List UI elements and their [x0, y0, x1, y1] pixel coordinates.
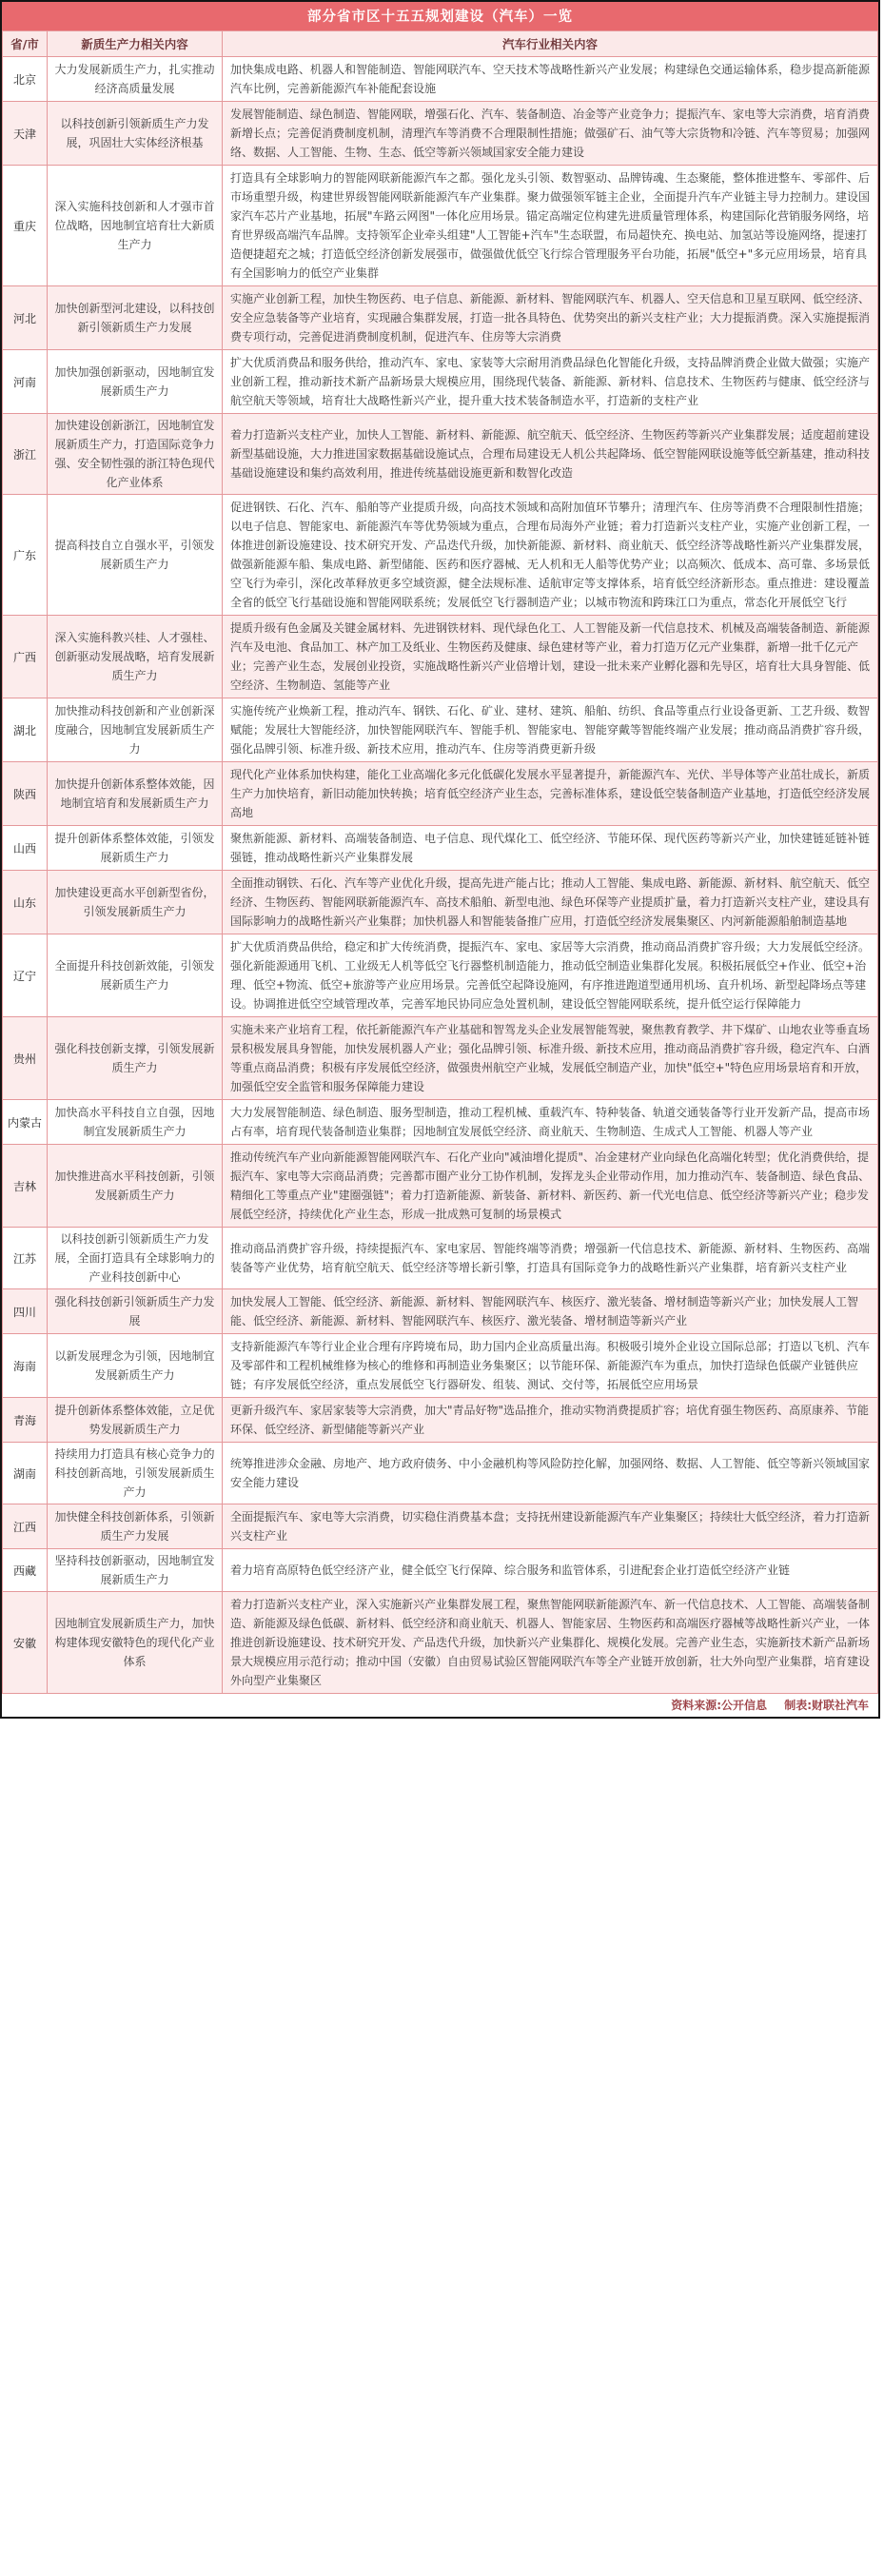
auto-content-cell: 更新升级汽车、家居家装等大宗消费，加大"青品好物"选品推介，推动实物消费提质扩容… [223, 1398, 878, 1443]
auto-content-cell: 推动传统汽车产业向新能源智能网联汽车、石化产业向"减油增化提质"、冶金建材产业向… [223, 1145, 878, 1228]
table-row: 浙江 加快建设创新浙江，因地制宜发展新质生产力，打造国际竞争力强、安全韧性强的浙… [3, 414, 878, 495]
auto-content-cell: 实施未来产业培育工程，依托新能源汽车产业基础和智驾龙头企业发展智能驾驶，聚焦教育… [223, 1017, 878, 1100]
province-cell: 浙江 [3, 414, 48, 495]
province-cell: 四川 [3, 1289, 48, 1334]
province-cell: 西藏 [3, 1549, 48, 1592]
table-row: 贵州 强化科技创新支撑，引领发展新质生产力 实施未来产业培育工程，依托新能源汽车… [3, 1017, 878, 1100]
auto-content-cell: 实施传统产业焕新工程，推动汽车、钢铁、石化、矿业、建材、建筑、船舶、纺织、食品等… [223, 698, 878, 762]
nqpl-content-cell: 持续用力打造具有核心竞争力的科技创新高地，引领发展新质生产力 [48, 1443, 223, 1504]
table-row: 北京 大力发展新质生产力，扎实推动经济高质量发展 加快集成电路、机器人和智能制造… [3, 57, 878, 102]
table-row: 四川 强化科技创新引领新质生产力发展 加快发展人工智能、低空经济、新能源、新材料… [3, 1289, 878, 1334]
auto-content-cell: 统筹推进涉众金融、房地产、地方政府债务、中小金融机构等风险防控化解，加强网络、数… [223, 1443, 878, 1504]
nqpl-content-cell: 坚持科技创新驱动，因地制宜发展新质生产力 [48, 1549, 223, 1592]
province-cell: 海南 [3, 1334, 48, 1398]
nqpl-content-cell: 加快高水平科技自立自强，因地制宜发展新质生产力 [48, 1100, 223, 1145]
nqpl-content-cell: 加快推进高水平科技创新，引领发展新质生产力 [48, 1145, 223, 1228]
nqpl-content-cell: 加快提升创新体系整体效能，因地制宜培育和发展新质生产力 [48, 762, 223, 826]
table-row: 吉林 加快推进高水平科技创新，引领发展新质生产力 推动传统汽车产业向新能源智能网… [3, 1145, 878, 1228]
province-cell: 贵州 [3, 1017, 48, 1100]
table-footnote: 资料来源:公开信息 制表:财联社汽车 [2, 1694, 878, 1717]
nqpl-content-cell: 强化科技创新支撑，引领发展新质生产力 [48, 1017, 223, 1100]
auto-content-cell: 聚焦新能源、新材料、高端装备制造、电子信息、现代煤化工、低空经济、节能环保、现代… [223, 826, 878, 871]
column-header-auto: 汽车行业相关内容 [223, 31, 878, 57]
provinces-plan-table: 省/市 新质生产力相关内容 汽车行业相关内容 北京 大力发展新质生产力，扎实推动… [2, 30, 878, 1694]
table-row: 青海 提升创新体系整体效能，立足优势发展新质生产力 更新升级汽车、家居家装等大宗… [3, 1398, 878, 1443]
province-cell: 河北 [3, 286, 48, 350]
auto-content-cell: 着力打造新兴支柱产业，加快人工智能、新材料、新能源、航空航天、低空经济、生物医药… [223, 414, 878, 495]
table-row: 湖南 持续用力打造具有核心竞争力的科技创新高地，引领发展新质生产力 统筹推进涉众… [3, 1443, 878, 1504]
province-cell: 安徽 [3, 1592, 48, 1694]
table-row: 辽宁 全面提升科技创新效能，引领发展新质生产力 扩大优质消费品供给，稳定和扩大传… [3, 934, 878, 1017]
table-body: 北京 大力发展新质生产力，扎实推动经济高质量发展 加快集成电路、机器人和智能制造… [3, 57, 878, 1694]
province-cell: 河南 [3, 350, 48, 414]
table-row: 海南 以新发展理念为引领，因地制宜发展新质生产力 支持新能源汽车等行业企业合理有… [3, 1334, 878, 1398]
nqpl-content-cell: 加快创新型河北建设，以科技创新引领新质生产力发展 [48, 286, 223, 350]
table-row: 天津 以科技创新引领新质生产力发展，巩固壮大实体经济根基 发展智能制造、绿色制造… [3, 102, 878, 166]
column-header-nqpl: 新质生产力相关内容 [48, 31, 223, 57]
nqpl-content-cell: 加快推动科技创新和产业创新深度融合，因地制宜发展新质生产力 [48, 698, 223, 762]
table-row: 江苏 以科技创新引领新质生产力发展，全面打造具有全球影响力的产业科技创新中心 推… [3, 1228, 878, 1289]
table-maker-note: 制表:财联社汽车 [784, 1699, 869, 1712]
province-cell: 重庆 [3, 166, 48, 286]
province-cell: 山西 [3, 826, 48, 871]
nqpl-content-cell: 提升创新体系整体效能，引领发展新质生产力 [48, 826, 223, 871]
province-cell: 辽宁 [3, 934, 48, 1017]
auto-content-cell: 着力打造新兴支柱产业，深入实施新兴产业集群发展工程，聚焦智能网联新能源汽车、新一… [223, 1592, 878, 1694]
table-row: 广东 提高科技自立自强水平，引领发展新质生产力 促进钢铁、石化、汽车、船舶等产业… [3, 495, 878, 616]
auto-content-cell: 支持新能源汽车等行业企业合理有序跨境布局，助力国内企业高质量出海。积极吸引境外企… [223, 1334, 878, 1398]
table-row: 广西 深入实施科教兴桂、人才强桂、创新驱动发展战略，培育发展新质生产力 提质升级… [3, 616, 878, 698]
auto-content-cell: 加快集成电路、机器人和智能制造、智能网联汽车、空天技术等战略性新兴产业发展；构建… [223, 57, 878, 102]
auto-content-cell: 促进钢铁、石化、汽车、船舶等产业提质升级，向高技术领域和高附加值环节攀升；清理汽… [223, 495, 878, 616]
table-row: 安徽 因地制宜发展新质生产力，加快构建体现安徽特色的现代化产业体系 着力打造新兴… [3, 1592, 878, 1694]
province-cell: 内蒙古 [3, 1100, 48, 1145]
province-cell: 湖南 [3, 1443, 48, 1504]
auto-content-cell: 提质升级有色金属及关键金属材料、先进钢铁材料、现代绿色化工、人工智能及新一代信息… [223, 616, 878, 698]
table-row: 河南 加快加强创新驱动，因地制宜发展新质生产力 扩大优质消费品和服务供给，推动汽… [3, 350, 878, 414]
nqpl-content-cell: 以新发展理念为引领，因地制宜发展新质生产力 [48, 1334, 223, 1398]
auto-content-cell: 大力发展智能制造、绿色制造、服务型制造，推动工程机械、重载汽车、特种装备、轨道交… [223, 1100, 878, 1145]
auto-content-cell: 推动商品消费扩容升级，持续提振汽车、家电家居、智能终端等消费；增强新一代信息技术… [223, 1228, 878, 1289]
auto-content-cell: 打造具有全球影响力的智能网联新能源汽车之都。强化龙头引领、数智驱动、品牌铸魂、生… [223, 166, 878, 286]
screenshot-frame: 部分省市区十五五规划建设（汽车）一览 省/市 新质生产力相关内容 汽车行业相关内… [0, 0, 880, 1719]
province-cell: 山东 [3, 871, 48, 934]
table-row: 湖北 加快推动科技创新和产业创新深度融合，因地制宜发展新质生产力 实施传统产业焕… [3, 698, 878, 762]
nqpl-content-cell: 以科技创新引领新质生产力发展，全面打造具有全球影响力的产业科技创新中心 [48, 1228, 223, 1289]
nqpl-content-cell: 全面提升科技创新效能，引领发展新质生产力 [48, 934, 223, 1017]
nqpl-content-cell: 深入实施科教兴桂、人才强桂、创新驱动发展战略，培育发展新质生产力 [48, 616, 223, 698]
data-source-note: 资料来源:公开信息 [671, 1699, 767, 1712]
auto-content-cell: 现代化产业体系加快构建，能化工业高端化多元化低碳化发展水平显著提升，新能源汽车、… [223, 762, 878, 826]
auto-content-cell: 扩大优质消费品供给，稳定和扩大传统消费，提振汽车、家电、家居等大宗消费，推动商品… [223, 934, 878, 1017]
auto-content-cell: 扩大优质消费品和服务供给，推动汽车、家电、家装等大宗耐用消费品绿色化智能化升级，… [223, 350, 878, 414]
table-row: 重庆 深入实施科技创新和人才强市首位战略，因地制宜培育壮大新质生产力 打造具有全… [3, 166, 878, 286]
province-cell: 江西 [3, 1504, 48, 1549]
auto-content-cell: 着力培育高原特色低空经济产业，健全低空飞行保障、综合服务和监管体系，引进配套企业… [223, 1549, 878, 1592]
auto-content-cell: 加快发展人工智能、低空经济、新能源、新材料、智能网联汽车、核医疗、激光装备、增材… [223, 1289, 878, 1334]
province-cell: 广东 [3, 495, 48, 616]
table-row: 山东 加快建设更高水平创新型省份，引领发展新质生产力 全面推动钢铁、石化、汽车等… [3, 871, 878, 934]
nqpl-content-cell: 以科技创新引领新质生产力发展，巩固壮大实体经济根基 [48, 102, 223, 166]
auto-content-cell: 发展智能制造、绿色制造、智能网联，增强石化、汽车、装备制造、冶金等产业竞争力；提… [223, 102, 878, 166]
table-row: 山西 提升创新体系整体效能，引领发展新质生产力 聚焦新能源、新材料、高端装备制造… [3, 826, 878, 871]
table-row: 内蒙古 加快高水平科技自立自强，因地制宜发展新质生产力 大力发展智能制造、绿色制… [3, 1100, 878, 1145]
nqpl-content-cell: 大力发展新质生产力，扎实推动经济高质量发展 [48, 57, 223, 102]
province-cell: 青海 [3, 1398, 48, 1443]
header-row: 省/市 新质生产力相关内容 汽车行业相关内容 [3, 31, 878, 57]
nqpl-content-cell: 强化科技创新引领新质生产力发展 [48, 1289, 223, 1334]
province-cell: 天津 [3, 102, 48, 166]
table-title: 部分省市区十五五规划建设（汽车）一览 [2, 2, 878, 30]
province-cell: 广西 [3, 616, 48, 698]
column-header-province: 省/市 [3, 31, 48, 57]
nqpl-content-cell: 提高科技自立自强水平，引领发展新质生产力 [48, 495, 223, 616]
province-cell: 陕西 [3, 762, 48, 826]
province-cell: 江苏 [3, 1228, 48, 1289]
table-row: 陕西 加快提升创新体系整体效能，因地制宜培育和发展新质生产力 现代化产业体系加快… [3, 762, 878, 826]
nqpl-content-cell: 加快健全科技创新体系，引领新质生产力发展 [48, 1504, 223, 1549]
nqpl-content-cell: 深入实施科技创新和人才强市首位战略，因地制宜培育壮大新质生产力 [48, 166, 223, 286]
auto-content-cell: 实施产业创新工程，加快生物医药、电子信息、新能源、新材料、智能网联汽车、机器人、… [223, 286, 878, 350]
table-row: 河北 加快创新型河北建设，以科技创新引领新质生产力发展 实施产业创新工程，加快生… [3, 286, 878, 350]
nqpl-content-cell: 因地制宜发展新质生产力，加快构建体现安徽特色的现代化产业体系 [48, 1592, 223, 1694]
auto-content-cell: 全面推动钢铁、石化、汽车等产业优化升级，提高先进产能占比；推动人工智能、集成电路… [223, 871, 878, 934]
province-cell: 北京 [3, 57, 48, 102]
table-row: 西藏 坚持科技创新驱动，因地制宜发展新质生产力 着力培育高原特色低空经济产业，健… [3, 1549, 878, 1592]
nqpl-content-cell: 加快加强创新驱动，因地制宜发展新质生产力 [48, 350, 223, 414]
province-cell: 湖北 [3, 698, 48, 762]
province-cell: 吉林 [3, 1145, 48, 1228]
auto-content-cell: 全面提振汽车、家电等大宗消费，切实稳住消费基本盘；支持抚州建设新能源汽车产业集聚… [223, 1504, 878, 1549]
nqpl-content-cell: 加快建设更高水平创新型省份，引领发展新质生产力 [48, 871, 223, 934]
table-row: 江西 加快健全科技创新体系，引领新质生产力发展 全面提振汽车、家电等大宗消费，切… [3, 1504, 878, 1549]
nqpl-content-cell: 提升创新体系整体效能，立足优势发展新质生产力 [48, 1398, 223, 1443]
nqpl-content-cell: 加快建设创新浙江，因地制宜发展新质生产力，打造国际竞争力强、安全韧性强的浙江特色… [48, 414, 223, 495]
